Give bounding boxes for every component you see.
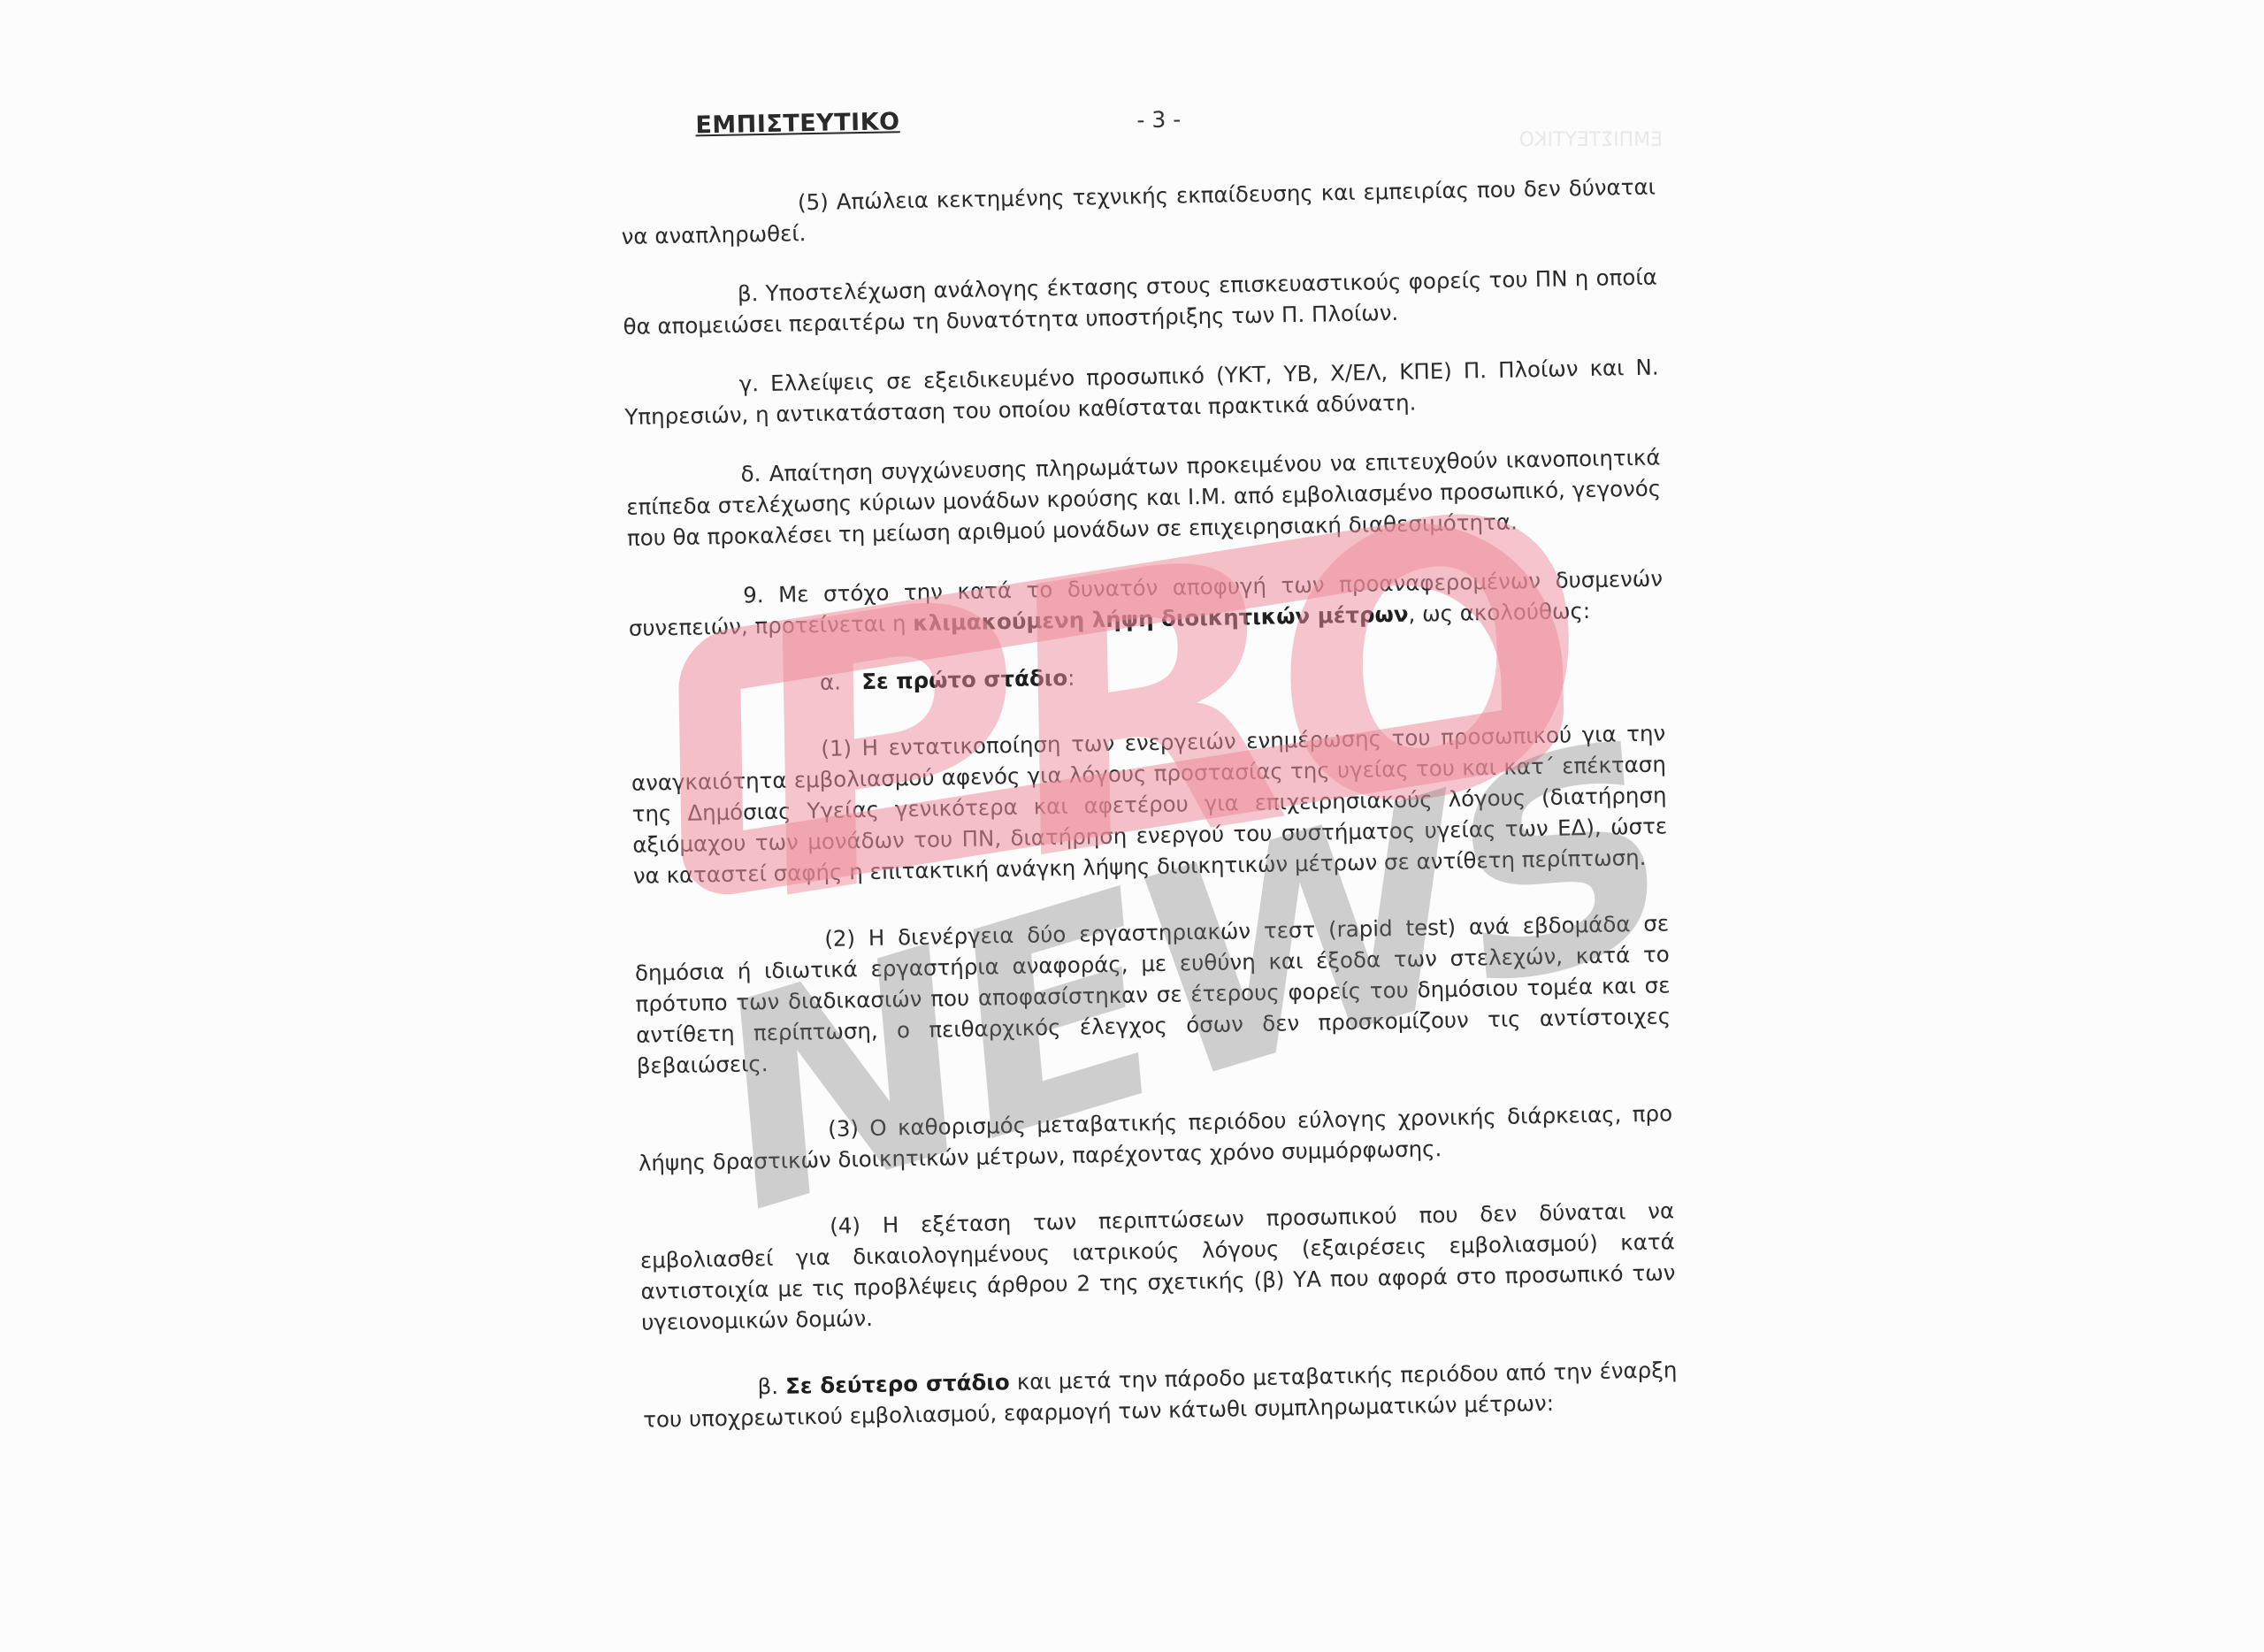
item-9-emphasis: κλιμακούμενη λήψη διοικητικών μέτρων [913,601,1409,636]
paragraph-item-5: (5) Απώλεια κεκτημένης τεχνικής εκπαίδευ… [621,172,1656,252]
paragraph-sub-3: (3) Ο καθορισμός μεταβατικής περιόδου εύ… [638,1098,1673,1178]
page-number: - 3 - [1136,106,1181,133]
paragraph-item-delta: δ. Απαίτηση συγχώνευσης πληρωμάτων προκε… [625,441,1662,553]
paragraph-item-beta: β. Υποστελέχωση ανάλογης έκτασης στους ε… [623,262,1658,342]
page-header: ΕΜΠΙΣΤΕΥΤΙΚΟ - 3 - [619,88,1655,159]
document-body: ΕΜΠΙΣΤΕΥΤΙΚΟ - 3 - (5) Απώλεια κεκτημένη… [619,88,1678,1435]
stage-a-title: Σε πρώτο στάδιο [861,665,1067,694]
paragraph-sub-4: (4) Η εξέταση των περιπτώσεων προσωπικού… [639,1195,1676,1337]
stage-b-label: β. [757,1373,785,1400]
classification-label: ΕΜΠΙΣΤΕΥΤΙΚΟ [695,108,900,139]
stage-a-heading: α. Σε πρώτο στάδιο: [630,651,1664,700]
paragraph-item-9: 9. Με στόχο την κατά το δυνατόν αποφυγή … [628,562,1664,643]
scanned-page: ΕΜΠΙΣΤΕΥΤΙΚΟ ΕΜΠΙΣΤΕΥΤΙΚΟ - 3 - (5) Απώλ… [0,0,2264,1652]
paragraph-item-gamma: γ. Ελλείψεις σε εξειδικευμένο προσωπικό … [623,352,1659,432]
paragraph-sub-1: (1) Η εντατικοποίηση των ενεργειών ενημέ… [631,717,1668,891]
paragraph-sub-2: (2) Η διενέργεια δύο εργαστηριακών τεστ … [634,907,1671,1081]
stage-a-colon: : [1067,665,1075,691]
item-9-suffix: , ως ακολούθως: [1408,598,1590,627]
stage-b-title: Σε δεύτερο στάδιο [785,1369,1010,1399]
paragraph-stage-b: β. Σε δεύτερο στάδιο και μετά την πάροδο… [642,1354,1678,1434]
stage-a-label: α. [820,669,841,695]
